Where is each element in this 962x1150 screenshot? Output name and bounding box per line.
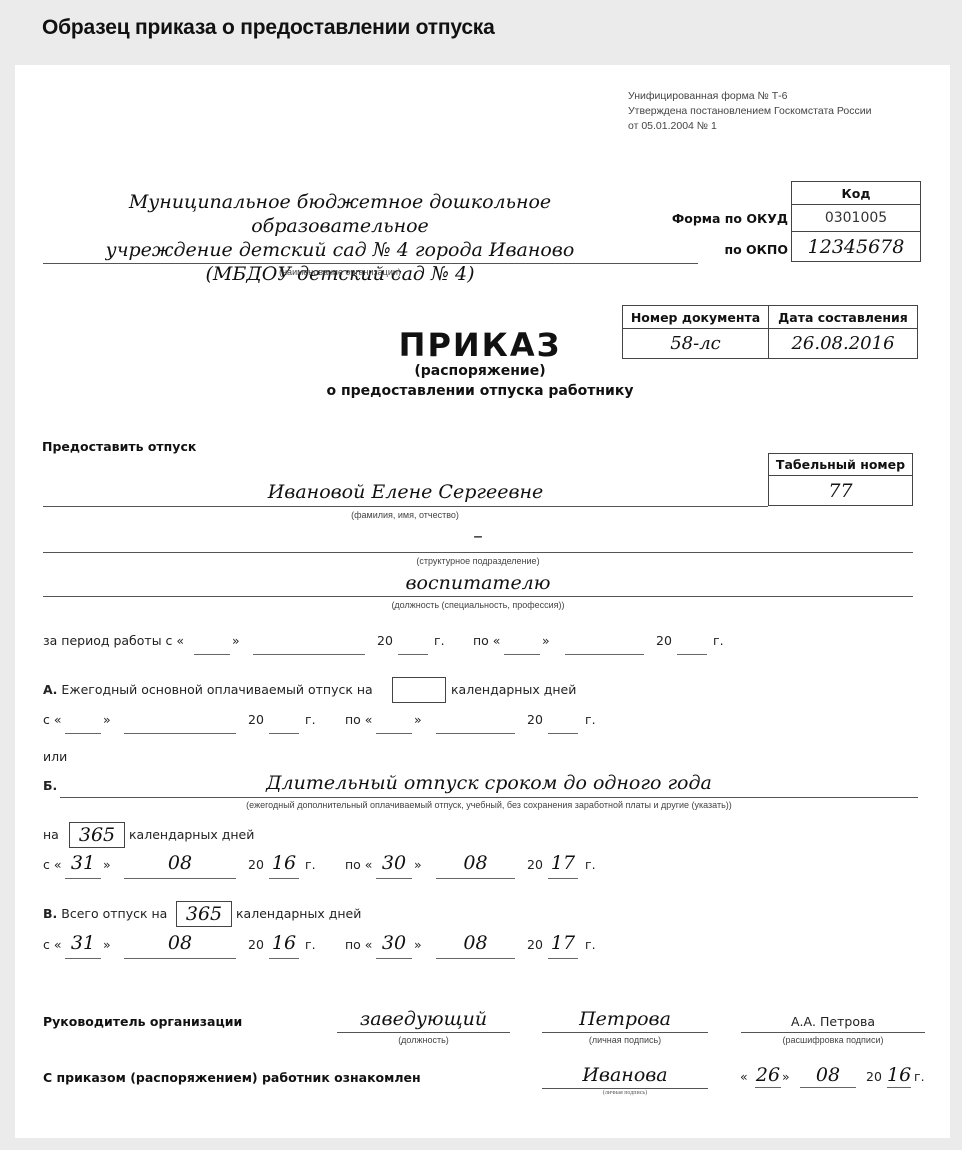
quote: »: [103, 937, 111, 952]
section-b-from-year[interactable]: 16: [269, 852, 299, 874]
quote: »: [414, 937, 422, 952]
underline: [755, 1087, 781, 1088]
department-caption: (структурное подразделение): [378, 556, 578, 566]
underline: [269, 958, 299, 959]
section-b-caption: (ежегодный дополнительный оплачиваемый о…: [60, 800, 918, 810]
year-prefix: 20: [248, 937, 264, 952]
year-suffix: г.: [914, 1069, 925, 1084]
section-b-from-month[interactable]: 08: [124, 852, 236, 874]
underline: [376, 958, 412, 959]
head-decoding-caption: (расшифровка подписи): [741, 1035, 925, 1045]
order-title: ПРИКАЗ: [330, 326, 630, 364]
section-a-to-month[interactable]: [436, 733, 515, 734]
quote: »: [782, 1069, 790, 1084]
section-v-days-box[interactable]: 365: [176, 901, 232, 927]
form-header: Унифицированная форма № Т-6 Утверждена п…: [628, 89, 872, 134]
section-v-to-year[interactable]: 17: [548, 932, 578, 954]
employee-name-caption: (фамилия, имя, отчество): [305, 510, 505, 520]
position-caption: (должность (специальность, профессия)): [328, 600, 628, 610]
year-suffix: г.: [305, 937, 316, 952]
period-to-month[interactable]: [565, 654, 644, 655]
period-from-year[interactable]: [398, 654, 428, 655]
section-v-from-day[interactable]: 31: [65, 932, 101, 954]
underline: [269, 878, 299, 879]
year-prefix: 20: [527, 937, 543, 952]
from-label: с «: [43, 937, 62, 952]
year-prefix: 20: [377, 633, 393, 648]
ack-day[interactable]: 26: [755, 1064, 781, 1086]
underline: [376, 878, 412, 879]
period-to-label: по «: [473, 633, 500, 648]
underline: [800, 1087, 856, 1088]
section-v-to-month[interactable]: 08: [436, 932, 515, 954]
period-label: за период работы с «: [43, 633, 184, 648]
quote: »: [232, 633, 240, 648]
form-header-line3: от 05.01.2004 № 1: [628, 119, 872, 134]
section-v-days-suffix: календарных дней: [236, 906, 361, 921]
underline: [548, 958, 578, 959]
doc-date-value: 26.08.2016: [769, 329, 918, 359]
year-suffix: г.: [713, 633, 724, 648]
period-from-month[interactable]: [253, 654, 365, 655]
to-label: по «: [345, 857, 372, 872]
department-value: –: [43, 525, 913, 547]
section-a-text: А. Ежегодный основной оплачиваемый отпус…: [43, 682, 373, 697]
doc-number-value: 58-лс: [623, 329, 769, 359]
underline: [542, 1032, 708, 1033]
year-prefix: 20: [656, 633, 672, 648]
year-suffix: г.: [585, 937, 596, 952]
section-b-underline: [60, 797, 918, 798]
section-b-to-month[interactable]: 08: [436, 852, 515, 874]
to-label: по «: [345, 712, 372, 727]
codes-header: Код: [792, 182, 921, 205]
okud-value: 0301005: [792, 205, 921, 232]
quote: »: [103, 712, 111, 727]
underline: [436, 958, 515, 959]
head-signature-caption: (личная подпись): [542, 1035, 708, 1045]
year-prefix: 20: [527, 712, 543, 727]
quote: «: [740, 1069, 748, 1084]
organization-caption: (наименование организации): [240, 267, 440, 277]
document-table: Номер документа Дата составления 58-лс 2…: [622, 305, 918, 359]
employee-name-underline: [43, 506, 768, 507]
section-b-letter: Б.: [43, 778, 57, 793]
section-v-text: В. Всего отпуск на: [43, 906, 167, 921]
form-header-line1: Унифицированная форма № Т-6: [628, 89, 872, 104]
period-from-day[interactable]: [194, 654, 230, 655]
acknowledged-label: С приказом (распоряжением) работник озна…: [43, 1070, 421, 1085]
tab-number-table: Табельный номер 77: [768, 453, 913, 506]
head-position[interactable]: заведующий: [337, 1008, 510, 1030]
year-suffix: г.: [305, 712, 316, 727]
organization-underline: [43, 263, 698, 264]
section-v-to-day[interactable]: 30: [376, 932, 412, 954]
underline: [436, 878, 515, 879]
ack-month[interactable]: 08: [800, 1064, 856, 1086]
tab-number-value: 77: [769, 476, 913, 506]
from-label: с «: [43, 857, 62, 872]
section-b-to-day[interactable]: 30: [376, 852, 412, 874]
okpo-value: 12345678: [792, 232, 921, 262]
okud-label: Форма по ОКУД: [640, 211, 788, 226]
underline: [741, 1032, 925, 1033]
to-label: по «: [345, 937, 372, 952]
section-b-on-label: на: [43, 827, 59, 842]
employee-name: Ивановой Елене Сергеевне: [43, 481, 768, 503]
underline: [337, 1032, 510, 1033]
quote: »: [414, 857, 422, 872]
okpo-label: по ОКПО: [640, 242, 788, 257]
head-position-caption: (должность): [337, 1035, 510, 1045]
position-value: воспитателю: [43, 572, 913, 594]
section-b-days-suffix: календарных дней: [129, 827, 254, 842]
ack-year[interactable]: 16: [887, 1064, 911, 1086]
year-suffix: г.: [585, 712, 596, 727]
quote: »: [103, 857, 111, 872]
position-underline: [43, 596, 913, 597]
underline: [542, 1088, 708, 1089]
section-a-to-day[interactable]: [376, 733, 412, 734]
head-signature[interactable]: Петрова: [542, 1008, 708, 1030]
section-a-from-day[interactable]: [65, 733, 101, 734]
underline: [887, 1087, 911, 1088]
doc-date-header: Дата составления: [769, 306, 918, 329]
employee-signature[interactable]: Иванова: [542, 1064, 708, 1086]
quote: »: [542, 633, 550, 648]
page-title: Образец приказа о предоставлении отпуска: [42, 16, 495, 40]
year-suffix: г.: [305, 857, 316, 872]
year-prefix: 20: [527, 857, 543, 872]
underline: [65, 958, 101, 959]
section-a-from-month[interactable]: [124, 733, 236, 734]
employee-signature-caption: (личная подпись): [542, 1090, 708, 1096]
year-prefix: 20: [866, 1069, 882, 1084]
section-b-from-day[interactable]: 31: [65, 852, 101, 874]
underline: [65, 878, 101, 879]
head-decoding[interactable]: А.А. Петрова: [741, 1014, 925, 1029]
underline: [124, 958, 236, 959]
grant-label: Предоставить отпуск: [42, 439, 196, 454]
underline: [548, 878, 578, 879]
section-a-days-box[interactable]: [392, 677, 446, 703]
section-v-from-month[interactable]: 08: [124, 932, 236, 954]
section-v-from-year[interactable]: 16: [269, 932, 299, 954]
form-header-line2: Утверждена постановлением Госкомстата Ро…: [628, 104, 872, 119]
order-subject: о предоставлении отпуска работнику: [280, 383, 680, 399]
section-b-to-year[interactable]: 17: [548, 852, 578, 874]
order-subtitle: (распоряжение): [330, 363, 630, 379]
codes-table: Код 0301005 12345678: [791, 181, 921, 262]
period-to-day[interactable]: [504, 654, 540, 655]
year-suffix: г.: [585, 857, 596, 872]
from-label: с «: [43, 712, 62, 727]
head-label: Руководитель организации: [43, 1014, 242, 1029]
section-a-from-year[interactable]: [269, 733, 299, 734]
underline: [124, 878, 236, 879]
section-b-days-box[interactable]: 365: [69, 822, 125, 848]
section-b-value: Длительный отпуск сроком до одного года: [60, 772, 918, 794]
section-a-to-year[interactable]: [548, 733, 578, 734]
or-label: или: [43, 749, 67, 764]
quote: »: [414, 712, 422, 727]
section-a-days-suffix: календарных дней: [451, 682, 576, 697]
year-prefix: 20: [248, 712, 264, 727]
doc-number-header: Номер документа: [623, 306, 769, 329]
year-prefix: 20: [248, 857, 264, 872]
department-underline: [43, 552, 913, 553]
tab-number-header: Табельный номер: [769, 454, 913, 476]
period-to-year[interactable]: [677, 654, 707, 655]
year-suffix: г.: [434, 633, 445, 648]
